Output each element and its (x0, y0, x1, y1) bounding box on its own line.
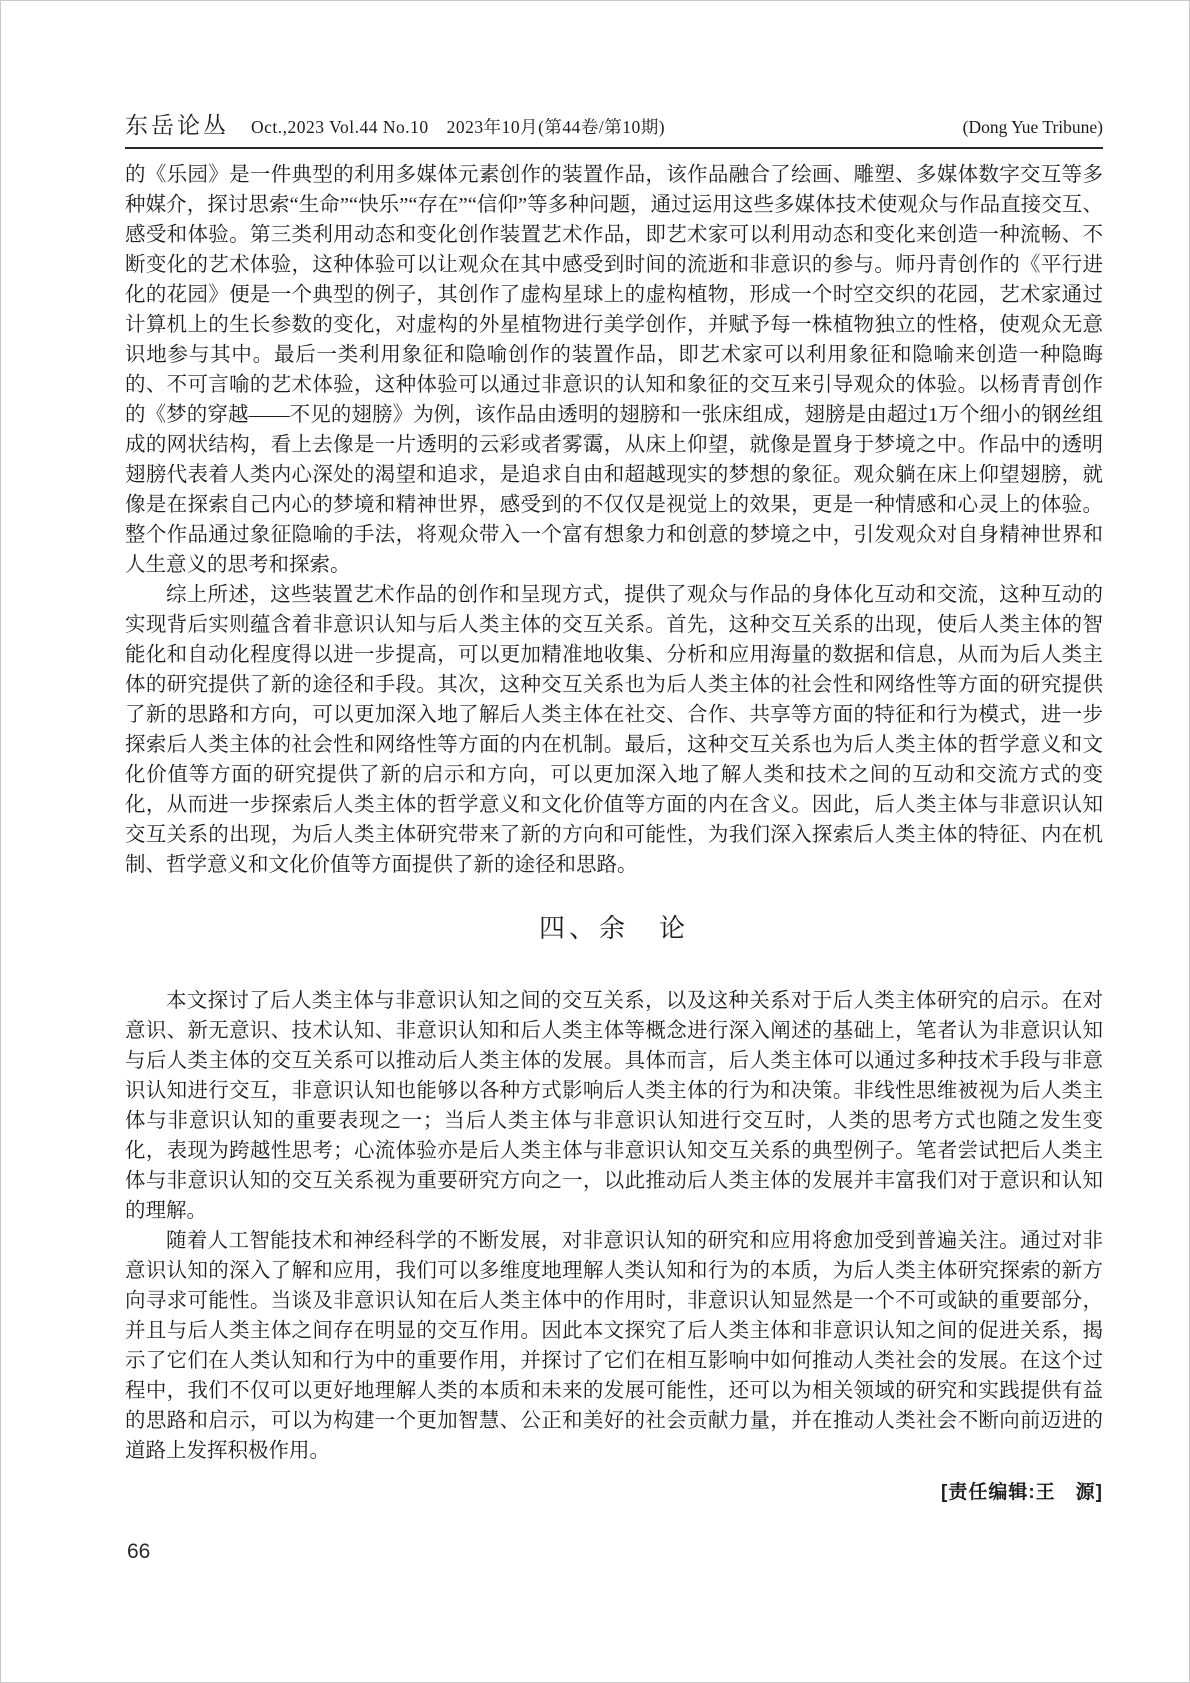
header-left: 东岳论丛 Oct.,2023 Vol.44 No.10 2023年10月(第44… (125, 107, 665, 140)
article-body: 的《乐园》是一件典型的利用多媒体元素创作的装置作品，该作品融合了绘画、雕塑、多媒… (125, 160, 1103, 1508)
paragraph-1-continuation: 的《乐园》是一件典型的利用多媒体元素创作的装置作品，该作品融合了绘画、雕塑、多媒… (125, 160, 1103, 580)
paragraph-3: 本文探讨了后人类主体与非意识认知之间的交互关系，以及这种关系对于后人类主体研究的… (125, 986, 1103, 1226)
paragraph-2: 综上所述，这些装置艺术作品的创作和呈现方式，提供了观众与作品的身体化互动和交流，… (125, 580, 1103, 880)
page-header: 东岳论丛 Oct.,2023 Vol.44 No.10 2023年10月(第44… (125, 107, 1103, 140)
journal-page: 东岳论丛 Oct.,2023 Vol.44 No.10 2023年10月(第44… (0, 0, 1190, 1683)
page-number: 66 (127, 1540, 150, 1564)
editor-note: [责任编辑:王 源] (125, 1478, 1103, 1508)
issue-info: Oct.,2023 Vol.44 No.10 2023年10月(第44卷/第10… (251, 114, 665, 139)
journal-title-en: (Dong Yue Tribune) (963, 117, 1103, 138)
paragraph-4: 随着人工智能技术和神经科学的不断发展，对非意识认知的研究和应用将愈加受到普遍关注… (125, 1226, 1103, 1466)
section-heading: 四、余 论 (125, 914, 1103, 944)
journal-title-cn: 东岳论丛 (125, 107, 229, 140)
header-divider (125, 147, 1103, 149)
